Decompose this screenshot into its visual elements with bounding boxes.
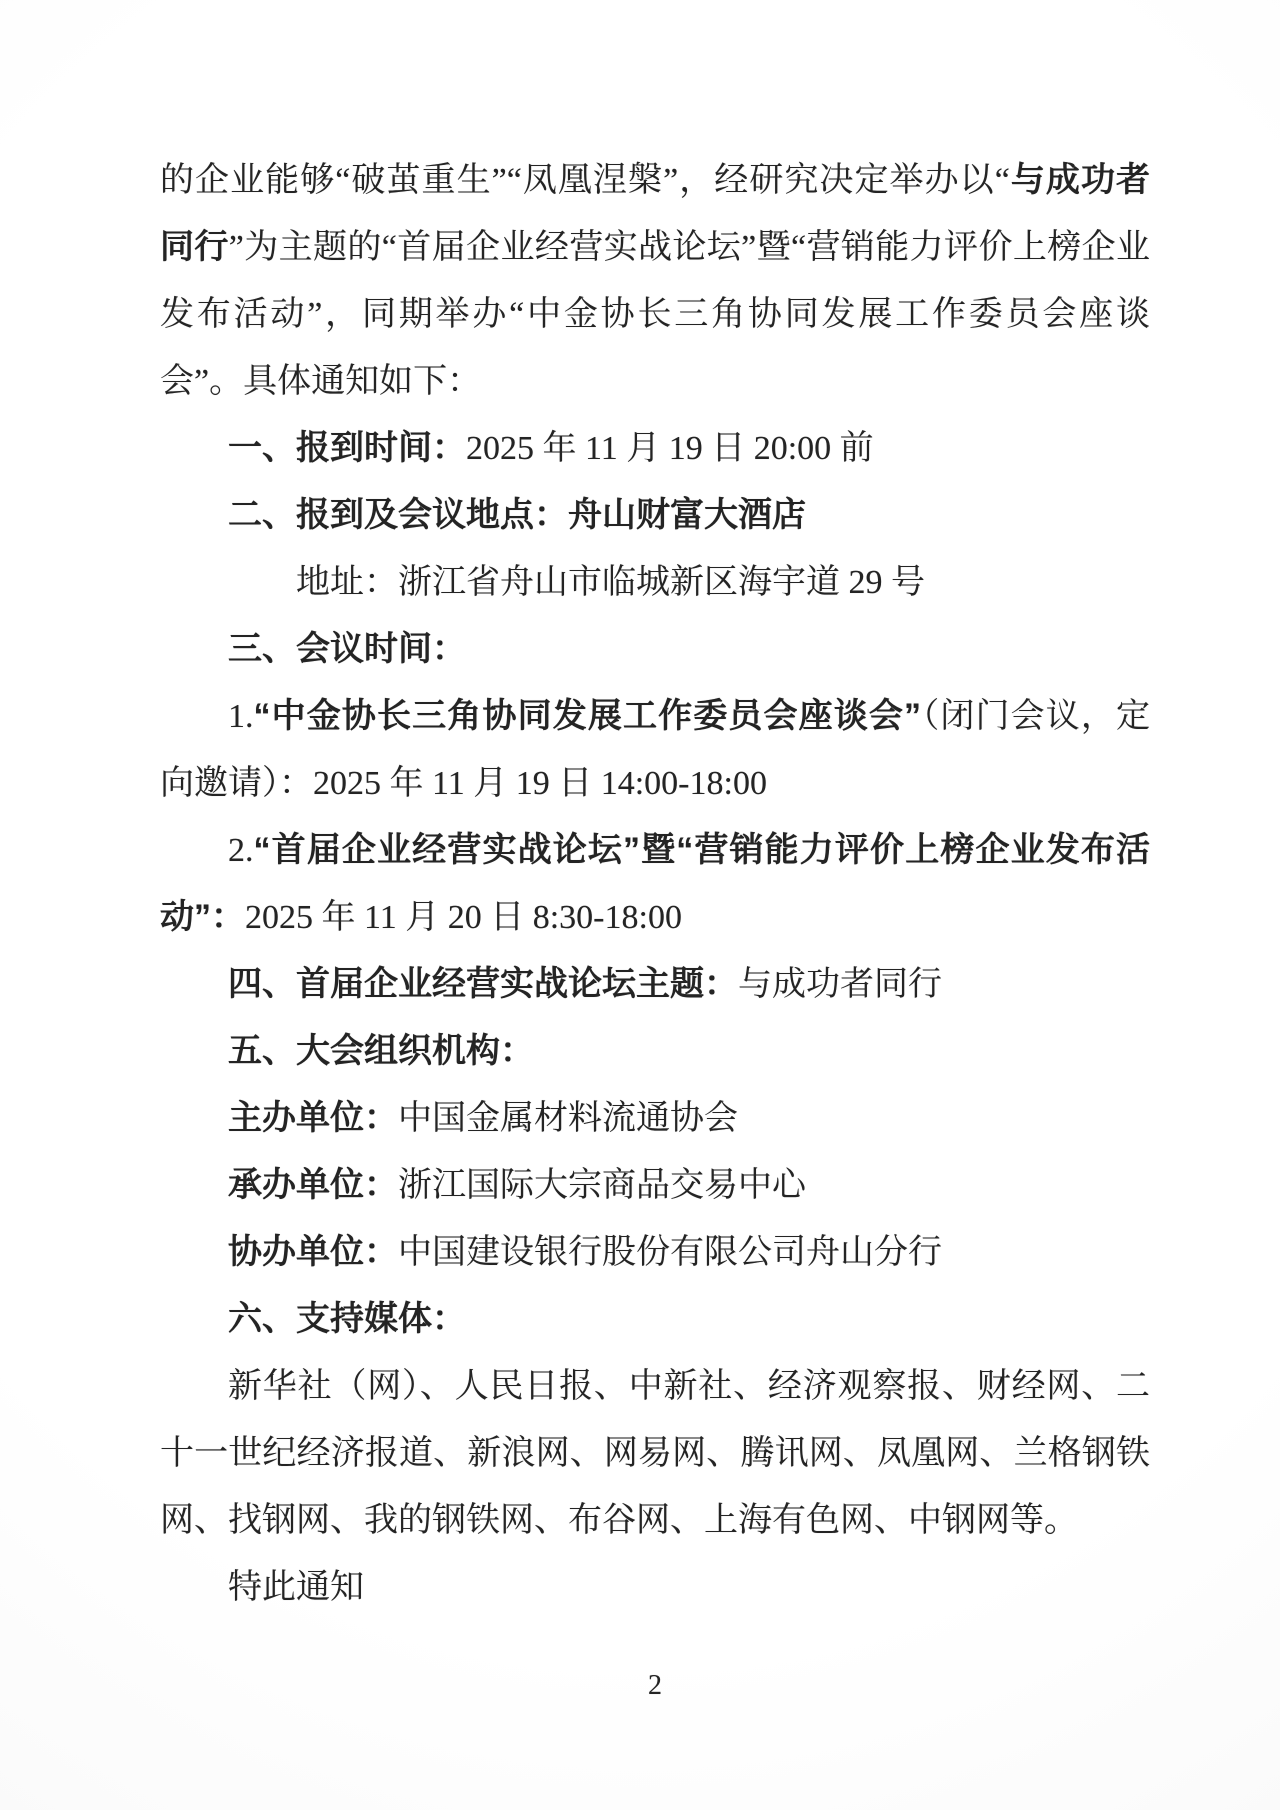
bold-text-segment: 六、支持媒体：	[228, 1300, 466, 1338]
text-segment: 新华社（网）、人民日报、中新社、经济观察报、财经网、二十一世纪经济报道、新浪网、…	[160, 1368, 1150, 1539]
document-page: 的企业能够“破茧重生”“凤凰涅槃”，经研究决定举办以“与成功者同行”为主题的“首…	[0, 0, 1280, 1810]
text-segment: 2025 年 11 月 20 日 8:30-18:00	[245, 899, 682, 936]
closing-notice: 特此通知	[160, 1554, 1150, 1621]
text-segment: 的企业能够“破茧重生”“凤凰涅槃”，经研究决定举办以“	[160, 162, 1010, 199]
bold-text-segment: 协办单位：	[228, 1233, 398, 1271]
text-segment: 2025 年 11 月 19 日 20:00 前	[466, 430, 874, 467]
item-1-checkin-time: 一、报到时间：2025 年 11 月 19 日 20:00 前	[160, 415, 1150, 482]
bold-text-segment: 主办单位：	[228, 1099, 398, 1137]
item-3-meeting-time: 三、会议时间：	[160, 616, 1150, 683]
text-segment: 中国金属材料流通协会	[398, 1100, 738, 1137]
bold-text-segment: “中金协长三角协同发展工作委员会座谈会”	[254, 697, 922, 735]
document-body: 的企业能够“破茧重生”“凤凰涅槃”，经研究决定举办以“与成功者同行”为主题的“首…	[160, 147, 1150, 1621]
text-segment: 与成功者同行	[738, 966, 942, 1003]
meeting-2-forum: 2.“首届企业经营实战论坛”暨“营销能力评价上榜企业发布活动”：2025 年 1…	[160, 817, 1150, 951]
bold-text-segment: 三、会议时间：	[228, 630, 466, 668]
organizer-undertaker: 承办单位：浙江国际大宗商品交易中心	[160, 1152, 1150, 1219]
intro-continuation-paragraph: 的企业能够“破茧重生”“凤凰涅槃”，经研究决定举办以“与成功者同行”为主题的“首…	[160, 147, 1150, 415]
item-4-forum-theme: 四、首届企业经营实战论坛主题：与成功者同行	[160, 951, 1150, 1018]
bold-text-segment: 一、报到时间：	[228, 429, 466, 467]
media-list: 新华社（网）、人民日报、中新社、经济观察报、财经网、二十一世纪经济报道、新浪网、…	[160, 1353, 1150, 1554]
item-2-checkin-venue: 二、报到及会议地点：舟山财富大酒店	[160, 482, 1150, 549]
text-segment: 中国建设银行股份有限公司舟山分行	[398, 1234, 942, 1271]
organizer-host: 主办单位：中国金属材料流通协会	[160, 1085, 1150, 1152]
text-segment: ”为主题的“首届企业经营实战论坛”暨“营销能力评价上榜企业发布活动”，同期举办“…	[160, 229, 1150, 400]
bold-text-segment: 五、大会组织机构：	[228, 1032, 534, 1070]
bold-text-segment: 四、首届企业经营实战论坛主题：	[228, 965, 738, 1003]
text-segment: 2.	[228, 832, 254, 869]
text-segment: 1.	[228, 698, 254, 735]
bold-text-segment: 承办单位：	[228, 1166, 398, 1204]
page-number: 2	[160, 1668, 1150, 1704]
venue-address: 地址：浙江省舟山市临城新区海宇道 29 号	[160, 549, 1150, 616]
bold-text-segment: 二、报到及会议地点：舟山财富大酒店	[228, 496, 806, 534]
text-segment: 浙江国际大宗商品交易中心	[398, 1167, 806, 1204]
item-6-media-heading: 六、支持媒体：	[160, 1286, 1150, 1353]
organizer-co-organizer: 协办单位：中国建设银行股份有限公司舟山分行	[160, 1219, 1150, 1286]
text-segment: 地址：浙江省舟山市临城新区海宇道 29 号	[296, 564, 925, 601]
text-segment: 特此通知	[228, 1569, 364, 1606]
meeting-1-seminar: 1.“中金协长三角协同发展工作委员会座谈会”（闭门会议，定向邀请）：2025 年…	[160, 683, 1150, 817]
item-5-organizers-heading: 五、大会组织机构：	[160, 1018, 1150, 1085]
